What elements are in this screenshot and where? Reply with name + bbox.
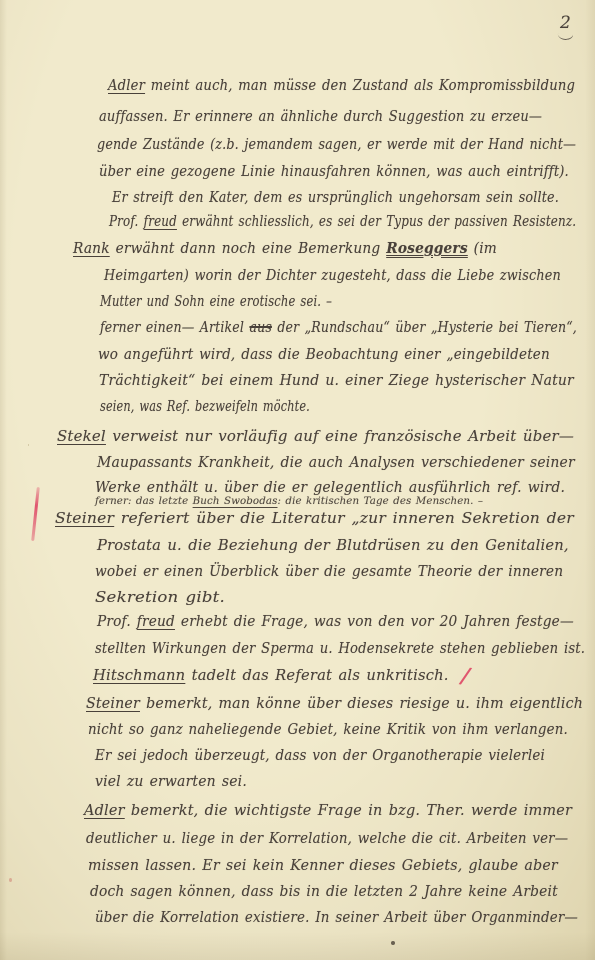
handwritten-line: Adler bemerkt, die wichtigste Frage in b… <box>84 801 572 820</box>
handwritten-line: wo angeführt wird, dass die Beobachtung … <box>98 345 550 364</box>
red-margin-mark <box>31 487 40 541</box>
handwritten-line: nicht so ganz naheliegende Gebiet, keine… <box>88 720 568 739</box>
handwritten-line: Heimgarten) worin der Dichter zugesteht,… <box>104 266 561 285</box>
handwritten-line: Er sei jedoch überzeugt, dass von der Or… <box>95 746 545 765</box>
handwritten-line: gende Zustände (z.b. jemandem sagen, er … <box>97 135 576 154</box>
paper-speck <box>9 878 12 882</box>
handwritten-line: Steiner bemerkt, man könne über dieses r… <box>86 694 583 713</box>
handwritten-line: Steiner referiert über die Literatur „zu… <box>55 509 574 528</box>
handwritten-line: missen lassen. Er sei kein Kenner dieses… <box>88 856 558 875</box>
handwritten-line: ferner: das letzte Buch Swobodas: die kr… <box>95 496 483 509</box>
handwritten-line: Sekretion gibt. <box>95 588 225 607</box>
handwritten-line: Adler meint auch, man müsse den Zustand … <box>108 76 575 95</box>
handwritten-line: Stekel verweist nur vorläufig auf eine f… <box>57 427 574 446</box>
handwritten-line: Hitschmann tadelt das Referat als unkrit… <box>93 666 470 685</box>
page-number: 2 <box>560 13 571 33</box>
handwritten-line: Prof. freud erwähnt schliesslich, es sei… <box>109 212 576 231</box>
handwritten-line: ferner einen— Artikel aus der „Rundschau… <box>100 318 577 337</box>
handwritten-line: doch sagen können, dass bis in die letzt… <box>90 882 558 901</box>
handwritten-line: auffassen. Er erinnere an ähnliche durch… <box>99 107 542 126</box>
handwritten-line: Prostata u. die Beziehung der Blutdrüsen… <box>97 536 569 555</box>
handwritten-line: über die Korrelation existiere. In seine… <box>95 908 578 927</box>
handwritten-line: seien, was Ref. bezweifeln möchte. <box>100 397 310 416</box>
handwritten-line: Werke enthält u. über die er gelegentlic… <box>95 478 565 497</box>
handwritten-line: stellten Wirkungen der Sperma u. Hodense… <box>95 639 585 658</box>
red-pencil-slash: / <box>461 668 471 686</box>
handwritten-line: deutlicher u. liege in der Korrelation, … <box>86 829 568 848</box>
handwritten-line: Trächtigkeit“ bei einem Hund u. einer Zi… <box>99 371 574 390</box>
page-number-flourish <box>558 32 574 41</box>
handwritten-line: Rank erwähnt dann noch eine Bemerkung Ro… <box>73 239 497 258</box>
handwritten-line: Prof. freud erhebt die Frage, was von de… <box>97 612 574 631</box>
handwritten-line: Er streift den Kater, dem es ursprünglic… <box>112 188 559 207</box>
handwritten-line: Maupassants Krankheit, die auch Analysen… <box>97 453 575 472</box>
handwritten-line: Mutter und Sohn eine erotische sei. – <box>100 292 332 311</box>
ink-dot <box>391 941 395 945</box>
handwritten-line: viel zu erwarten sei. <box>95 772 247 791</box>
handwritten-line: wobei er einen Überblick über die gesamt… <box>95 562 563 581</box>
handwritten-line: über eine gezogene Linie hinausfahren kö… <box>99 162 569 181</box>
manuscript-page: 2 Adler meint auch, man müsse den Zustan… <box>0 0 595 960</box>
